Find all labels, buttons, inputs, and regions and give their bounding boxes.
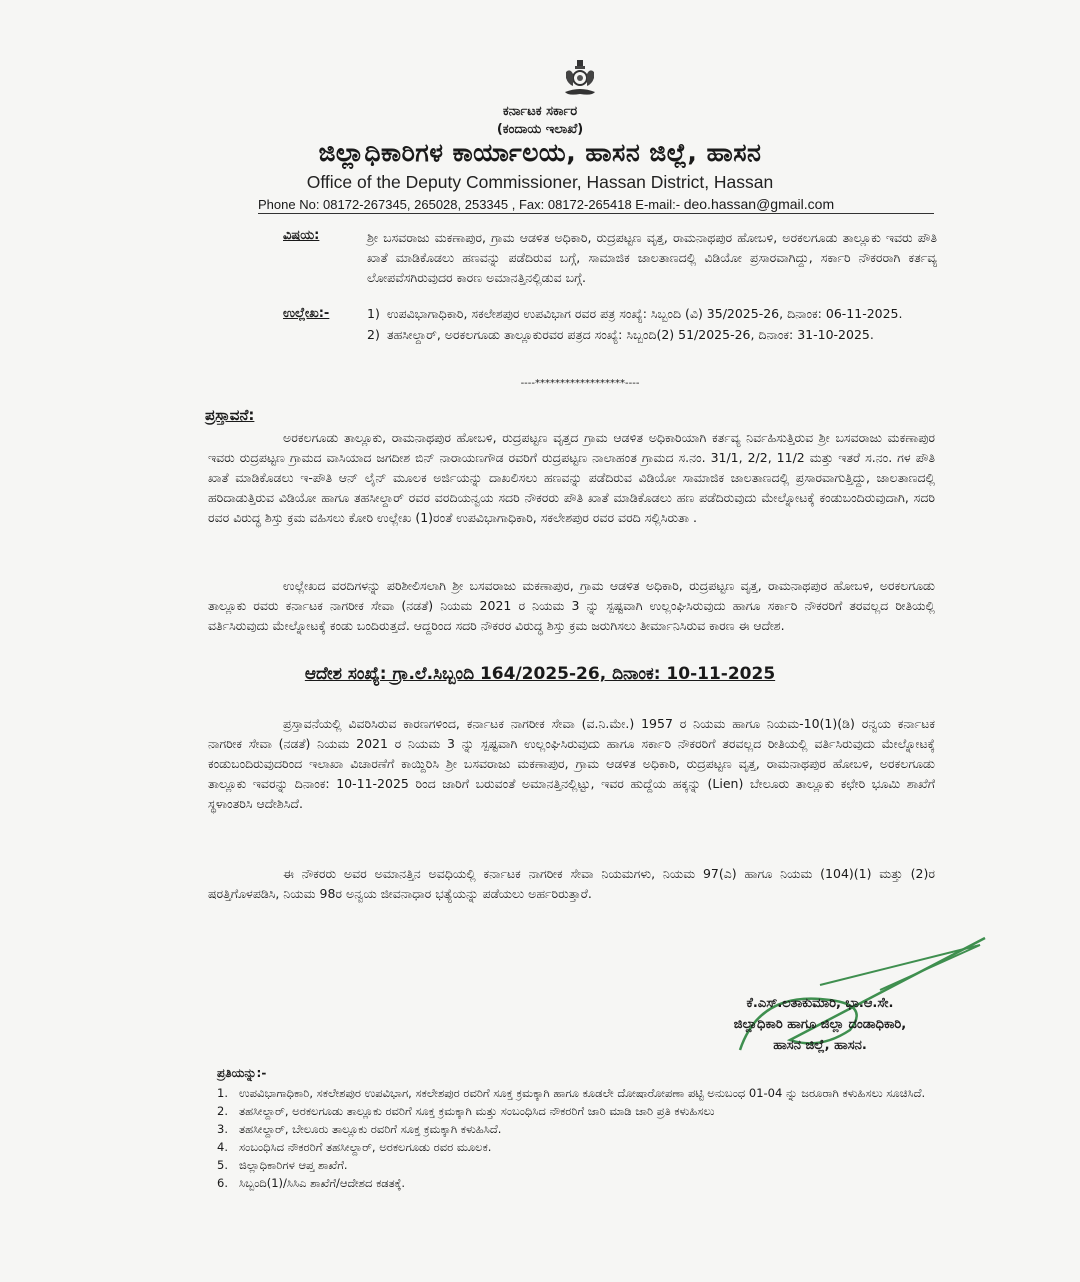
preamble-paragraph-2: ಉಲ್ಲೇಖದ ವರದಿಗಳನ್ನು ಪರಿಶೀಲಿಸಲಾಗಿ ಶ್ರೀ ಬಸವ… <box>208 576 935 636</box>
karnataka-emblem-icon <box>562 58 598 100</box>
copies-list: 1.ಉಪವಿಭಾಗಾಧಿಕಾರಿ, ಸಕಲೇಶಪುರ ಉಪವಿಭಾಗ, ಸಕಲೇ… <box>217 1084 1017 1192</box>
copy-item: 1.ಉಪವಿಭಾಗಾಧಿಕಾರಿ, ಸಕಲೇಶಪುರ ಉಪವಿಭಾಗ, ಸಕಲೇ… <box>217 1084 1017 1102</box>
preamble-paragraph-1: ಅರಕಲಗೂಡು ತಾಲ್ಲೂಕು, ರಾಮನಾಥಪುರ ಹೋಬಳಿ, ರುದ್… <box>208 428 935 528</box>
order-number: ಆದೇಶ ಸಂಖ್ಯೆ: ಗ್ರಾ.ಲೆ.ಸಿಬ್ಬಂದಿ 164/2025-2… <box>0 664 1080 684</box>
subject-text: ಶ್ರೀ ಬಸವರಾಜು ಮಕಣಾಪುರ, ಗ್ರಾಮ ಆಡಳಿತ ಅಧಿಕಾರ… <box>367 228 937 288</box>
copy-item: 2.ತಹಸೀಲ್ದಾರ್, ಅರಕಲಗೂಡು ತಾಲ್ಲೂಕು ರವರಿಗೆ ಸ… <box>217 1102 1017 1120</box>
department-name: (ಕಂದಾಯ ಇಲಾಖೆ) <box>0 122 1080 137</box>
copy-item: 4.ಸಂಬಂಧಿಸಿದ ನೌಕರರಿಗೆ ತಹಸೀಲ್ದಾರ್, ಅರಕಲಗೂಡ… <box>217 1138 1017 1156</box>
signatory-designation: ಜಿಲ್ಲಾಧಿಕಾರಿ ಹಾಗೂ ಜಿಲ್ಲಾ ದಂಡಾಧಿಕಾರಿ, <box>640 1014 1000 1035</box>
subject-label: ವಿಷಯ: <box>283 228 319 243</box>
separator: ----******************---- <box>0 378 1080 389</box>
government-order-document: ಕರ್ನಾಟಕ ಸರ್ಕಾರ (ಕಂದಾಯ ಇಲಾಖೆ) ಜಿಲ್ಲಾಧಿಕಾರ… <box>0 0 1080 1282</box>
copies-label: ಪ್ರತಿಯನ್ನು:- <box>217 1066 266 1081</box>
order-paragraph-1: ಪ್ರಸ್ತಾವನೆಯಲ್ಲಿ ವಿವರಿಸಿರುವ ಕಾರಣಗಳಿಂದ, ಕರ… <box>208 714 935 814</box>
references-label: ಉಲ್ಲೇಖ:- <box>283 306 329 321</box>
office-title-english: Office of the Deputy Commissioner, Hassa… <box>0 172 1080 193</box>
copy-item: 3.ತಹಸೀಲ್ದಾರ್, ಬೇಲೂರು ತಾಲ್ಲೂಕು ರವರಿಗೆ ಸೂಕ… <box>217 1120 1017 1138</box>
government-name: ಕರ್ನಾಟಕ ಸರ್ಕಾರ <box>0 104 1080 119</box>
reference-item: 2) ತಹಸೀಲ್ದಾರ್, ಅರಕಲಗೂಡು ತಾಲ್ಲೂಕುರವರ ಪತ್ರ… <box>367 325 937 344</box>
references-list: 1) ಉಪವಿಭಾಗಾಧಿಕಾರಿ, ಸಕಲೇಶಪುರ ಉಪವಿಭಾಗ ರವರ … <box>367 304 937 346</box>
contact-phone-fax: Phone No: 08172-267345, 265028, 253345 ,… <box>258 197 684 212</box>
contact-line: Phone No: 08172-267345, 265028, 253345 ,… <box>258 196 934 214</box>
order-paragraph-2: ಈ ನೌಕರರು ಅವರ ಅಮಾನತ್ತಿನ ಅವಧಿಯಲ್ಲಿ ಕರ್ನಾಟಕ… <box>208 864 935 904</box>
signatory-place: ಹಾಸನ ಜಿಲ್ಲೆ, ಹಾಸನ. <box>640 1035 1000 1056</box>
office-title-kannada: ಜಿಲ್ಲಾಧಿಕಾರಿಗಳ ಕಾರ್ಯಾಲಯ, ಹಾಸನ ಜಿಲ್ಲೆ, ಹಾ… <box>0 138 1080 168</box>
copy-item: 6.ಸಿಬ್ಬಂದಿ(1)/ಸಿಸಿಎ ಶಾಖೆಗೆ/ಆದೇಶದ ಕಡತಕ್ಕೆ… <box>217 1174 1017 1192</box>
signatory-name: ಕೆ.ಎಸ್.ಲತಾಕುಮಾರಿ, ಭಾ.ಆ.ಸೇ. <box>640 993 1000 1014</box>
signatory-block: ಕೆ.ಎಸ್.ಲತಾಕುಮಾರಿ, ಭಾ.ಆ.ಸೇ. ಜಿಲ್ಲಾಧಿಕಾರಿ … <box>640 993 1000 1056</box>
contact-email[interactable]: deo.hassan@gmail.com <box>684 196 834 212</box>
copy-item: 5.ಜಿಲ್ಲಾಧಿಕಾರಿಗಳ ಆಪ್ತ ಶಾಖೆಗೆ. <box>217 1156 1017 1174</box>
reference-item: 1) ಉಪವಿಭಾಗಾಧಿಕಾರಿ, ಸಕಲೇಶಪುರ ಉಪವಿಭಾಗ ರವರ … <box>367 304 937 323</box>
preamble-label: ಪ್ರಸ್ತಾವನೆ: <box>205 406 254 424</box>
